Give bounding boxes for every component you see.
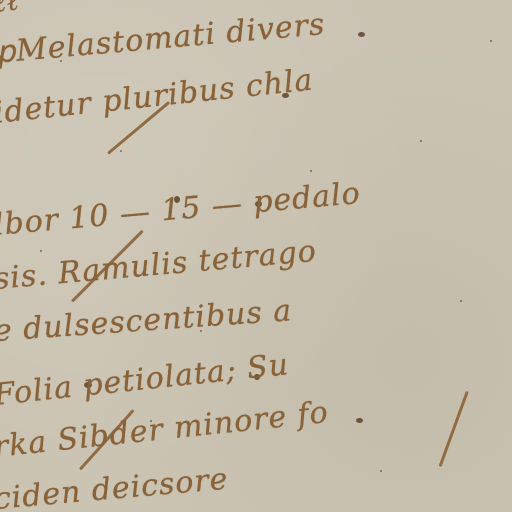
manuscript-line-5: e dulsescentibus a bbox=[0, 293, 293, 349]
manuscript-line-2: idetur pluribus chla bbox=[0, 63, 315, 131]
paper-speck bbox=[420, 140, 422, 142]
paper-speck bbox=[380, 470, 382, 472]
manuscript-line-0: ℓℓ bbox=[0, 0, 21, 20]
manuscript-page: ℓℓ ꝓMelastomati divers idetur pluribus c… bbox=[0, 0, 512, 512]
paper-speck bbox=[40, 250, 42, 252]
paper-speck bbox=[490, 40, 492, 42]
manuscript-line-1: ꝓMelastomati divers bbox=[0, 7, 327, 71]
pen-stroke bbox=[439, 391, 469, 467]
paper-speck bbox=[120, 150, 122, 152]
paper-speck bbox=[310, 170, 312, 172]
manuscript-line-8: ciden deicsore bbox=[0, 462, 230, 512]
ink-blot bbox=[356, 418, 363, 423]
paper-speck bbox=[460, 300, 462, 302]
manuscript-line-4: sis. Ramulis tetrago bbox=[0, 234, 318, 297]
ink-blot bbox=[358, 32, 365, 37]
manuscript-line-3: lbor 10 — 15 — pedalo bbox=[0, 176, 362, 243]
